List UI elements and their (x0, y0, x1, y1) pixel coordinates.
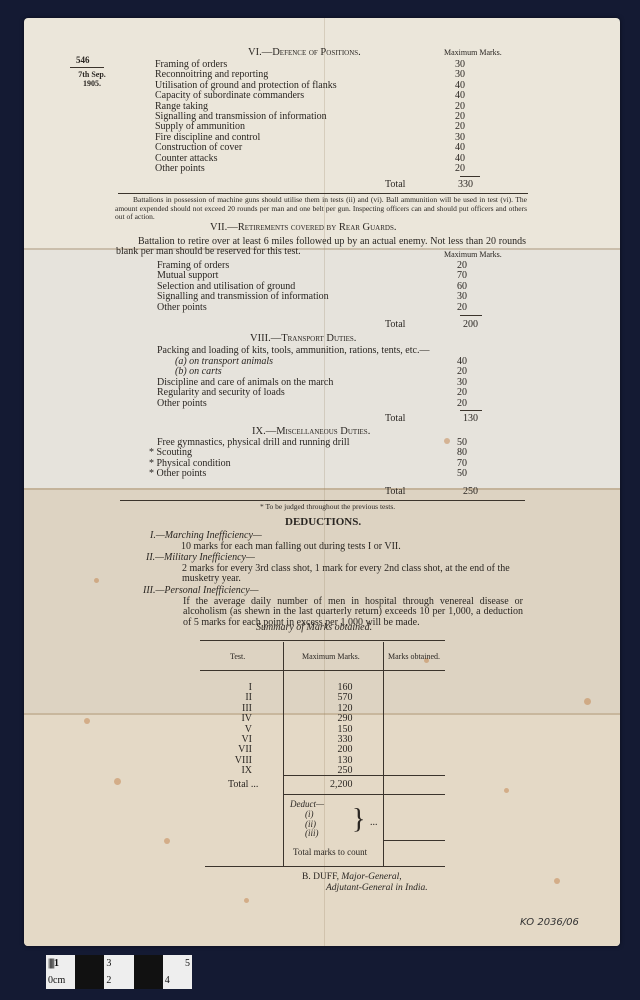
deductions-title: DEDUCTIONS. (285, 517, 361, 527)
max-marks-header: Maximum Marks. (444, 48, 502, 58)
section-ix-title: IX.—Miscellaneous Duties. (252, 427, 370, 437)
section-ix-total: 250 (463, 487, 478, 497)
signature-office: Adjutant-General in India. (326, 883, 428, 893)
section-ix-footnote: * To be judged throughout the previous t… (260, 503, 395, 512)
section-viii-list: (a) on transport animals40 (b) on carts2… (157, 357, 467, 409)
page-number: 546 (76, 55, 90, 65)
section-viii-total-label: Total (385, 414, 405, 424)
deduct-dots: ... (370, 818, 378, 828)
summary-total-label: Total ... (228, 780, 258, 790)
section-viii-intro: Packing and loading of kits, tools, ammu… (157, 346, 429, 356)
deduct-label: Deduct— (290, 799, 324, 809)
section-vi-title: VI.—Defence of Positions. (248, 48, 361, 58)
deduction-text-2: 2 marks for every 3rd class shot, 1 mark… (182, 564, 522, 585)
list-item: Other points20 (157, 303, 467, 313)
section-vi-note: Battalions in possession of machine guns… (115, 196, 527, 222)
signature: B. DUFF, Major-General, (302, 872, 402, 882)
list-item: Other points20 (157, 399, 467, 409)
section-ix-list: Free gymnastics, physical drill and runn… (157, 438, 467, 480)
deduction-heading-3: III.—Personal Inefficiency— (143, 586, 259, 596)
section-viii-title: VIII.—Transport Duties. (250, 334, 356, 344)
summary-title: Summary of Marks obtained. (256, 623, 372, 633)
scale-bar: ||||| 1 3 5 0cm 2 4 (46, 955, 192, 989)
section-vi-total: 330 (458, 180, 473, 190)
list-item: Free gymnastics, physical drill and runn… (157, 438, 467, 448)
margin-date: 7th Sep. 1905. (72, 70, 112, 88)
deduction-heading-2: II.—Military Inefficiency— (146, 553, 255, 563)
summary-header-obtained: Marks obtained. (388, 652, 440, 662)
archive-reference: KO 2036/06 (520, 918, 579, 928)
summary-max-column: 160570120 290150330 200130250 (330, 683, 360, 777)
max-marks-header-2: Maximum Marks. (444, 250, 502, 260)
section-ix-total-label: Total (385, 487, 405, 497)
list-item: * Other points50 (149, 469, 467, 479)
summary-total: 2,200 (330, 780, 353, 790)
section-vii-title: VII.—Retirements covered by Rear Guards. (210, 223, 396, 233)
brace-icon: } (352, 806, 365, 834)
deduction-heading-1: I.—Marching Inefficiency— (150, 531, 262, 541)
summary-header-test: Test. (230, 652, 245, 662)
section-vi-list: Framing of orders30 Reconnoitring and re… (155, 60, 465, 174)
total-count-label: Total marks to count (293, 847, 367, 857)
section-vii-total: 200 (463, 320, 478, 330)
section-vii-total-label: Total (385, 320, 405, 330)
section-viii-total: 130 (463, 414, 478, 424)
section-vii-list: Framing of orders20 Mutual support70 Sel… (157, 261, 467, 313)
deduction-text-1: 10 marks for each man falling out during… (181, 542, 401, 552)
section-vi-total-label: Total (385, 180, 405, 190)
summary-tests-column: IIIIII IVVVI VIIVIIIIX (200, 683, 252, 777)
summary-header-max: Maximum Marks. (302, 652, 360, 662)
deduct-items: (i)(ii)(iii) (305, 810, 319, 839)
list-item: Other points20 (155, 164, 465, 174)
